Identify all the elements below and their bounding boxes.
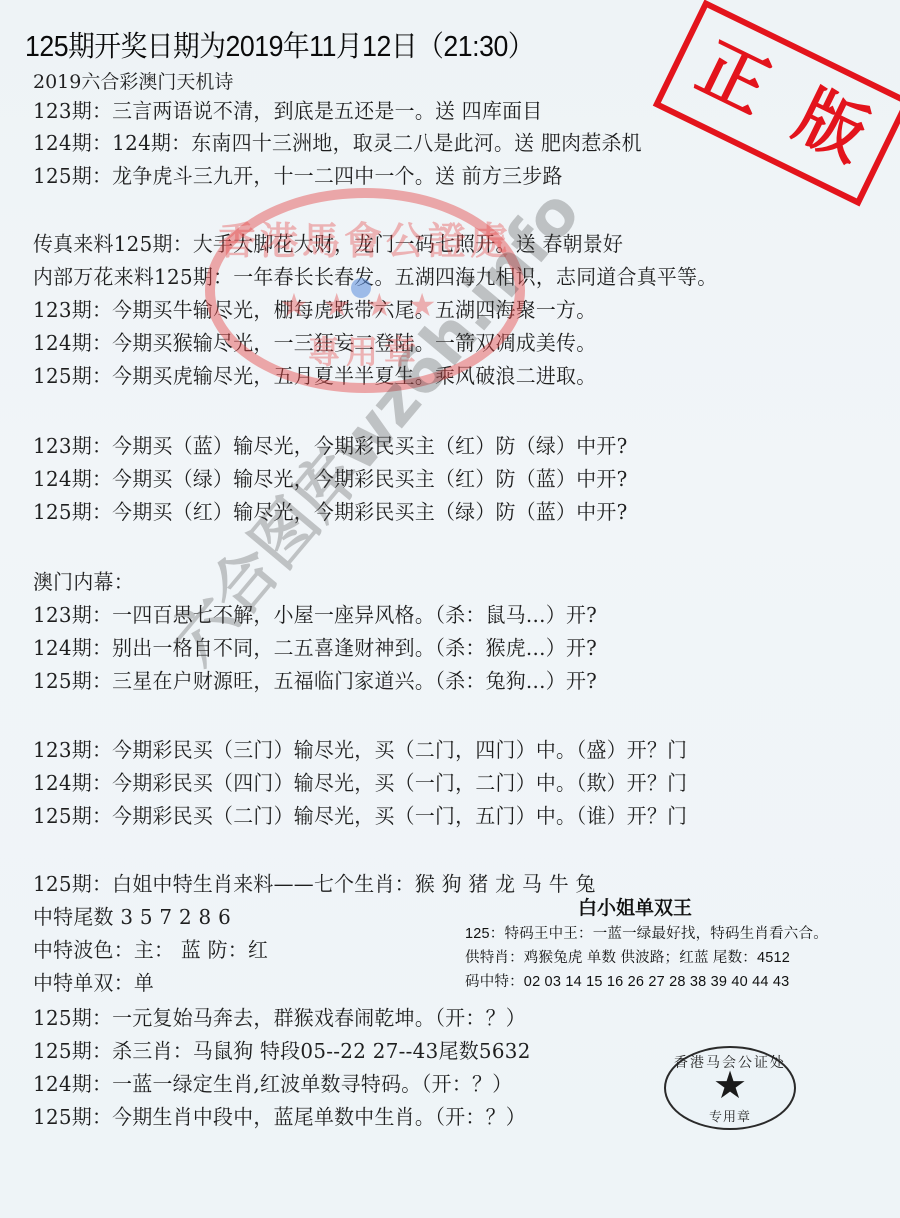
bai-box-line-1: 125：特码王中王：一蓝一绿最好找，特码生肖看六合。	[465, 922, 828, 943]
authentic-stamp-char-1: 正	[688, 34, 779, 125]
bai-box-title: 白小姐单双王	[578, 893, 692, 920]
color-line-123: 123期：今期买（蓝）输尽光，今期彩民买主（红）防（绿）中开?	[33, 429, 628, 459]
macau-line-125: 125期：三星在户财源旺，五福临门家道兴。（杀：兔狗...）开?	[33, 664, 597, 694]
final-line-2: 125期：杀三肖：马鼠狗 特段05--22 27--43尾数5632	[33, 1034, 531, 1064]
color-line-125: 125期：今期买（红）输尽光，今期彩民买主（绿）防（蓝）中开?	[33, 495, 628, 525]
bai-box-line-2: 供特肖：鸡猴兔虎 单数 供波路；红蓝 尾数：4512	[465, 946, 790, 967]
fax-line: 传真来料125期：大手大脚花大财，龙门一码七照开。送 春朝景好	[33, 227, 623, 257]
door-line-125: 125期：今期彩民买（二门）输尽光，买（一门，五门）中。（谁）开？门	[33, 799, 687, 829]
odd-even-line: 中特单双：单	[33, 966, 154, 996]
macau-line-123: 123期：一四百思七不解，小屋一座异风格。（杀：鼠马...）开?	[33, 598, 597, 628]
door-line-124: 124期：今期彩民买（四门）输尽光，买（一门，二门）中。（欺）开？门	[33, 766, 687, 796]
fax-line-125: 125期：今期买虎输尽光，五月夏半半夏生。乘风破浪二进取。	[33, 359, 596, 389]
final-line-1: 125期：一元复始马奔去，群猴戏春闹乾坤。（开：？）	[33, 1001, 526, 1031]
poem-line-125: 125期：龙争虎斗三九开，十一二四中一个。送 前方三步路	[33, 159, 563, 189]
final-line-4: 125期：今期生肖中段中，蓝尾单数中生肖。（开：？）	[33, 1100, 526, 1130]
wave-color-line: 中特波色：主： 蓝 防：红	[33, 933, 268, 963]
seal-bottom-text: 专用章	[666, 1106, 794, 1125]
color-line-124: 124期：今期买（绿）输尽光，今期彩民买主（红）防（蓝）中开?	[33, 462, 628, 492]
authentic-stamp-char-2: 版	[786, 81, 877, 172]
fax-line-123: 123期：今期买牛输尽光，棚每虎跌带六尾。五湖四海聚一方。	[33, 293, 596, 323]
black-oval-seal: 香港马会公证处 ★ 专用章	[664, 1046, 796, 1130]
macau-line-124: 124期：别出一格自不同，二五喜逢财神到。（杀：猴虎...）开?	[33, 631, 597, 661]
poem-line-124: 124期：124期：东南四十三洲地，取灵二八是此河。送 肥肉惹杀机	[33, 126, 642, 156]
poem-line-123: 123期：三言两语说不清，到底是五还是一。送 四库面目	[33, 94, 542, 124]
page-title: 125期开奖日期为2019年11月12日（21:30）	[25, 24, 534, 65]
zodiac-line: 125期：白姐中特生肖来料——七个生肖：猴 狗 猪 龙 马 牛 兔	[33, 867, 596, 897]
document-page: 125期开奖日期为2019年11月12日（21:30） 2019六合彩澳门天机诗…	[0, 0, 900, 1218]
internal-line: 内部万花来料125期：一年春长长春发。五湖四海九相识，志同道合真平等。	[33, 260, 717, 290]
fax-line-124: 124期：今期买猴输尽光，一三狂妄二登陆。一箭双凋成美传。	[33, 326, 596, 356]
final-line-3: 124期：一蓝一绿定生肖,红波单数寻特码。（开：？）	[33, 1067, 512, 1097]
star-icon: ★	[666, 1066, 794, 1104]
bai-box-line-3: 码中特：02 03 14 15 16 26 27 28 38 39 40 44 …	[465, 970, 789, 991]
authentic-stamp: 正 版	[653, 0, 900, 206]
macau-heading: 澳门内幕：	[33, 565, 134, 595]
page-subtitle: 2019六合彩澳门天机诗	[33, 67, 233, 94]
door-line-123: 123期：今期彩民买（三门）输尽光，买（二门，四门）中。（盛）开？门	[33, 733, 687, 763]
tail-numbers-line: 中特尾数 3 5 7 2 8 6	[33, 900, 231, 930]
